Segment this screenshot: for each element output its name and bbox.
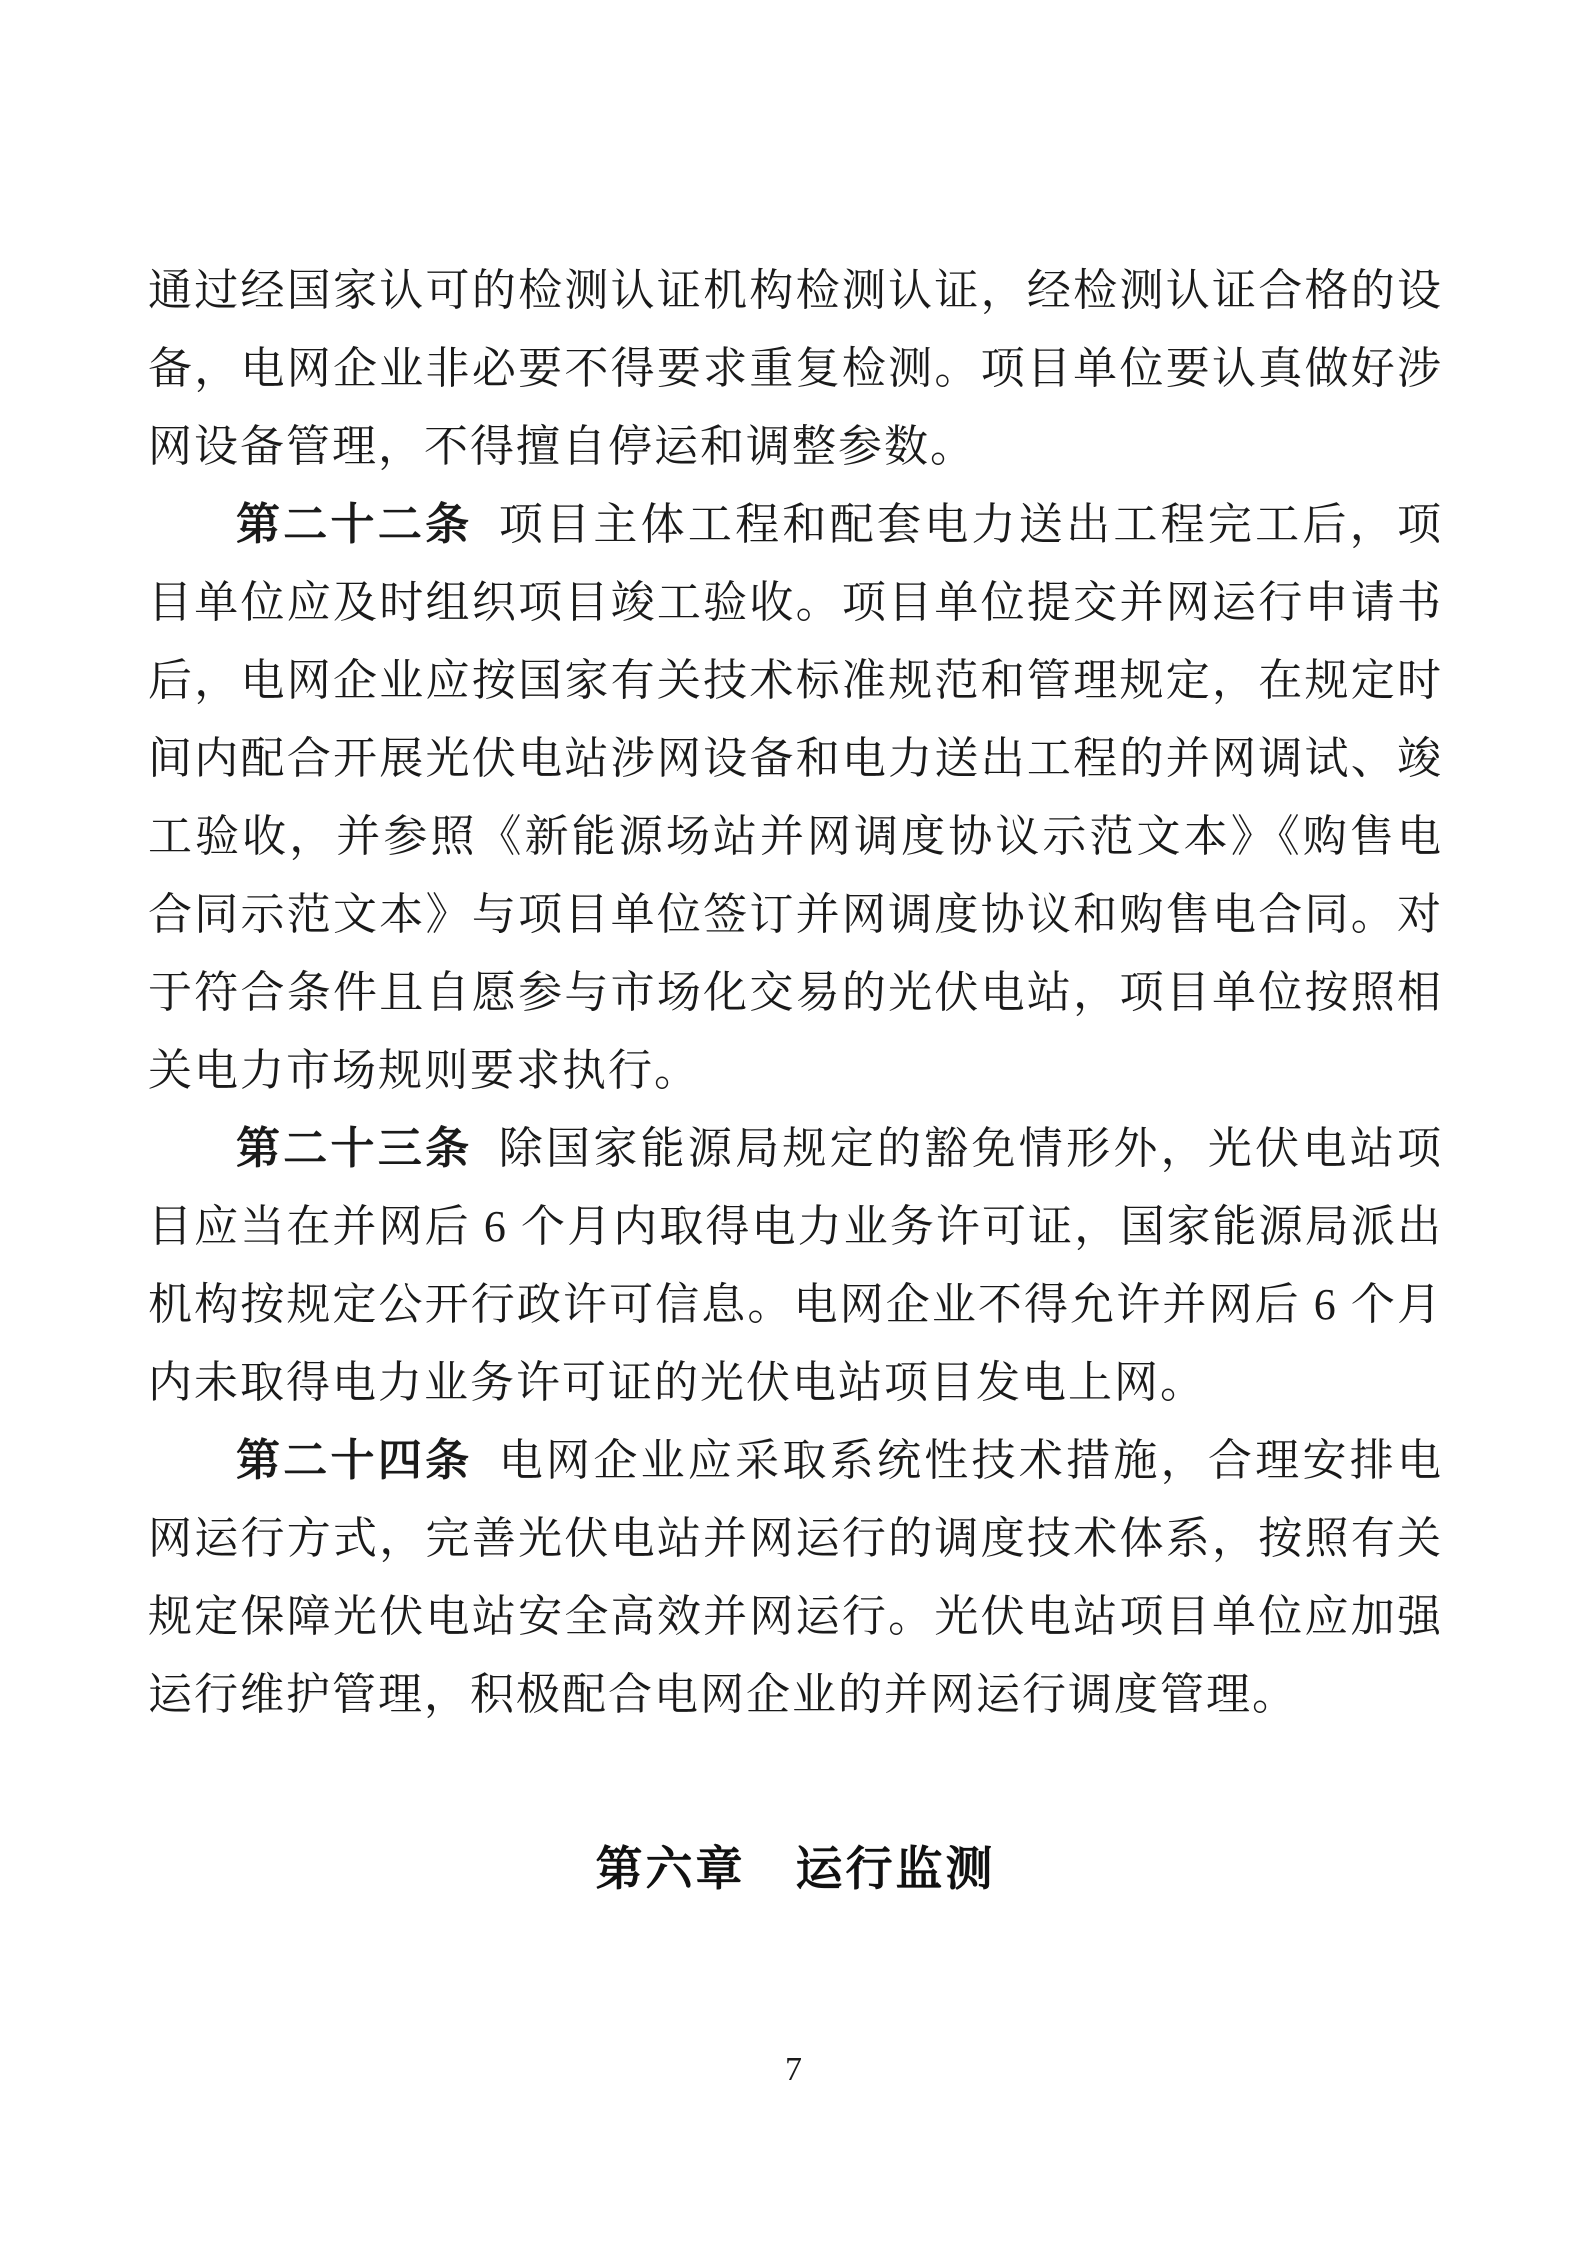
article-number: 第二十四条 — [236, 1436, 472, 1485]
chapter-heading: 第六章 运行监测 — [148, 1830, 1443, 1908]
document-page: 通过经国家认可的检测认证机构检测认证，经检测认证合格的设备，电网企业非必要不得要… — [0, 0, 1587, 2245]
paragraph: 第二十四条电网企业应采取系统性技术措施，合理安排电网运行方式，完善光伏电站并网运… — [148, 1422, 1443, 1734]
page-number: 7 — [0, 2050, 1587, 2090]
article-number: 第二十三条 — [236, 1124, 472, 1173]
paragraph-text: 通过经国家认可的检测认证机构检测认证，经检测认证合格的设备，电网企业非必要不得要… — [148, 266, 1443, 471]
paragraph: 第二十二条项目主体工程和配套电力送出工程完工后，项目单位应及时组织项目竣工验收。… — [148, 486, 1443, 1110]
article-number: 第二十二条 — [236, 500, 472, 549]
paragraph-text: 项目主体工程和配套电力送出工程完工后，项目单位应及时组织项目竣工验收。项目单位提… — [148, 500, 1443, 1095]
paragraph: 通过经国家认可的检测认证机构检测认证，经检测认证合格的设备，电网企业非必要不得要… — [148, 252, 1443, 486]
paragraph: 第二十三条除国家能源局规定的豁免情形外，光伏电站项目应当在并网后 6 个月内取得… — [148, 1110, 1443, 1422]
body-text-block: 通过经国家认可的检测认证机构检测认证，经检测认证合格的设备，电网企业非必要不得要… — [148, 252, 1443, 1908]
